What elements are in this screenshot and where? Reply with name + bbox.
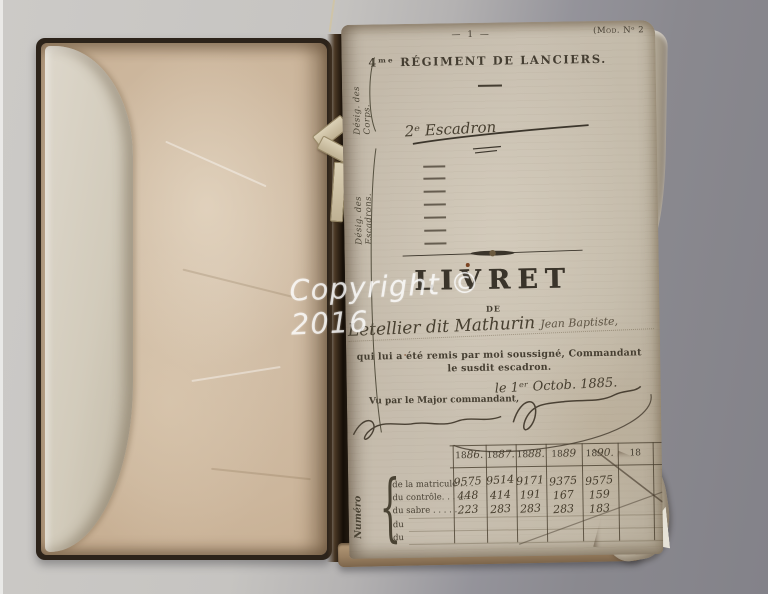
binding-thread	[329, 0, 336, 32]
year-header: 1889	[546, 447, 582, 464]
sabre-value: 223	[451, 502, 485, 519]
year-header: 1887.	[486, 448, 516, 464]
row-label: du sabre . . . . .	[393, 505, 458, 516]
sabre-value: 283	[515, 501, 546, 518]
year-header: 1890.	[582, 447, 618, 464]
year-header: 1886.	[453, 449, 486, 466]
scanned-livret-photo: — 1 — (Mod. Nᵒ 2 4ᵐᵉ RÉGIMENT DE LANCIER…	[0, 0, 768, 594]
cover-vellum-patch	[45, 46, 133, 552]
cover-surface	[41, 43, 327, 555]
row-label: du	[393, 533, 404, 543]
year-header: 18	[653, 446, 664, 462]
sabre-value: 283	[485, 502, 516, 519]
cover-crease	[183, 269, 300, 299]
row-label: du	[393, 520, 404, 530]
cover-crease	[211, 468, 311, 480]
sabre-value: 283	[545, 501, 582, 518]
cover-crease	[165, 141, 266, 187]
cover-crease	[191, 366, 280, 382]
year-header: 1888.	[516, 448, 546, 464]
scan-left-edge	[0, 0, 3, 594]
table-side-label: Numéro	[352, 477, 364, 539]
book-back-cover	[36, 38, 332, 560]
livret-title-page: — 1 — (Mod. Nᵒ 2 4ᵐᵉ RÉGIMENT DE LANCIER…	[341, 20, 663, 559]
